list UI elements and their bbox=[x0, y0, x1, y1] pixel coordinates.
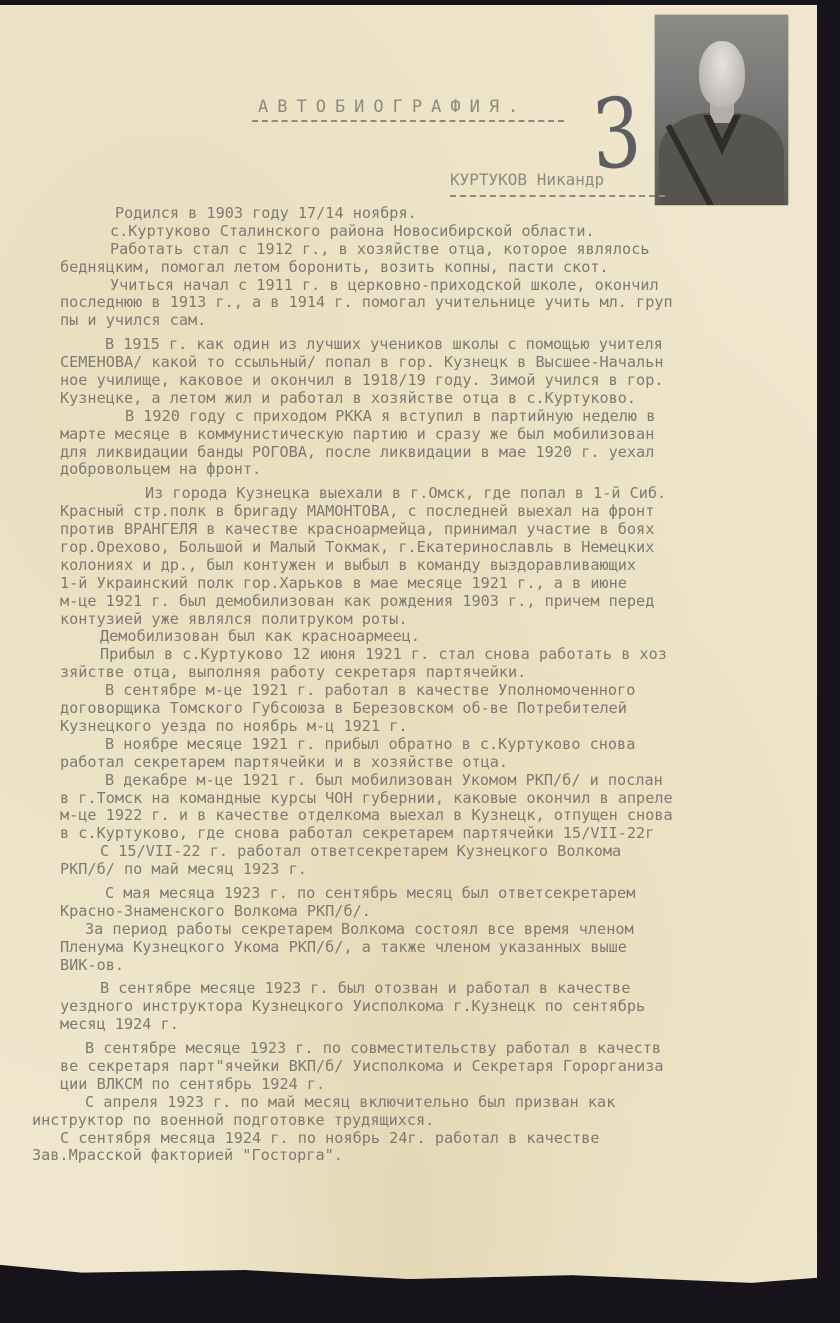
text-line: Кузнецкого уезда по ноябрь м-ц 1921 г. bbox=[60, 718, 840, 736]
text-line: В 1915 г. как один из лучших учеников шк… bbox=[105, 336, 840, 354]
text-line: Красно-Знаменского Волкома РКП/б/. bbox=[60, 903, 840, 921]
text-line: зяйстве отца, выполняя работу секретаря … bbox=[60, 664, 840, 682]
text-line: последнюю в 1913 г., а в 1914 г. помогал… bbox=[60, 294, 840, 312]
text-line: В ноябре месяце 1921 г. прибыл обратно в… bbox=[105, 736, 840, 754]
text-line: добровольцем на фронт. bbox=[60, 461, 840, 479]
autobiography-text: Родился в 1903 году 17/14 ноября.с.Курту… bbox=[0, 205, 817, 1165]
author-underline bbox=[450, 195, 665, 197]
text-line: ВИК-ов. bbox=[60, 957, 840, 975]
portrait-photo bbox=[655, 15, 788, 205]
text-line: колониях и др., был контужен и выбыл в к… bbox=[60, 557, 840, 575]
text-line: ное училище, каковое и окончил в 1918/19… bbox=[60, 372, 840, 390]
handwritten-page-number: 3 bbox=[589, 84, 643, 184]
text-line: гор.Орехово, Большой и Малый Токмак, г.Е… bbox=[60, 539, 840, 557]
text-line: Работать стал с 1912 г., в хозяйстве отц… bbox=[110, 241, 840, 259]
text-line: марте месяце в коммунистическую партию и… bbox=[60, 426, 840, 444]
text-line: ве секретаря парт"ячейки ВКП/б/ Уисполко… bbox=[60, 1058, 840, 1076]
text-line: месяц 1924 г. bbox=[60, 1016, 840, 1034]
text-line: м-це 1922 г. и в качестве отделкома выех… bbox=[60, 807, 840, 825]
text-line: для ликвидации банды РОГОВА, после ликви… bbox=[60, 444, 840, 462]
text-line: против ВРАНГЕЛЯ в качестве красноармейца… bbox=[60, 521, 840, 539]
text-line: В декабре м-це 1921 г. был мобилизован У… bbox=[105, 772, 840, 790]
text-line: бедняцким, помогал летом боронить, возит… bbox=[60, 259, 840, 277]
text-line: Зав.Мрасской факторией "Госторга". bbox=[32, 1147, 840, 1165]
text-line: С мая месяца 1923 г. по сентябрь месяц б… bbox=[105, 885, 840, 903]
document-title: АВТОБИОГРАФИЯ. bbox=[258, 97, 527, 117]
title-underline bbox=[252, 120, 564, 122]
text-line: С 15/VII-22 г. работал ответсекретарем К… bbox=[100, 843, 840, 861]
photo-uniform bbox=[659, 113, 784, 205]
text-line: В 1920 году с приходом РККА я вступил в … bbox=[125, 408, 840, 426]
text-line: В сентябре месяце 1923 г. был отозван и … bbox=[100, 980, 840, 998]
text-line: Родился в 1903 году 17/14 ноября. bbox=[115, 205, 840, 223]
text-line: договорщика Томского Губсоюза в Березовс… bbox=[60, 700, 840, 718]
text-line: с.Куртуково Сталинского района Новосибир… bbox=[110, 223, 840, 241]
text-line: ции ВЛКСМ по сентябрь 1924 г. bbox=[60, 1076, 840, 1094]
author-name: КУРТУКОВ Никандр bbox=[450, 170, 604, 189]
text-line: м-це 1921 г. был демобилизован как рожде… bbox=[60, 593, 840, 611]
text-line: работал секретарем партячейки и в хозяйс… bbox=[60, 754, 840, 772]
text-line: Пленума Кузнецкого Укома РКП/б/, а также… bbox=[60, 939, 840, 957]
text-line: Из города Кузнецка выехали в г.Омск, где… bbox=[145, 485, 840, 503]
text-line: С апреля 1923 г. по май месяц включитель… bbox=[85, 1094, 840, 1112]
text-line: контузией уже являлся политруком роты. bbox=[60, 611, 840, 629]
text-line: Прибыл в с.Куртуково 12 июня 1921 г. ста… bbox=[100, 646, 840, 664]
text-line: пы и учился сам. bbox=[60, 312, 840, 330]
text-line: 1-й Украинский полк гор.Харьков в мае ме… bbox=[60, 575, 840, 593]
text-line: в г.Томск на командные курсы ЧОН губерни… bbox=[60, 790, 840, 808]
text-line: Демобилизован был как красноармеец. bbox=[100, 628, 840, 646]
text-line: Кузнецке, а летом жил и работал в хозяйс… bbox=[60, 390, 840, 408]
text-line: СЕМЕНОВА/ какой то ссыльный/ попал в гор… bbox=[60, 354, 840, 372]
text-line: Учиться начал с 1911 г. в церковно-прихо… bbox=[110, 277, 840, 295]
text-line: В сентябре м-це 1921 г. работал в качест… bbox=[105, 682, 840, 700]
text-line: С сентября месяца 1924 г. по ноябрь 24г.… bbox=[60, 1130, 840, 1148]
text-line: уездного инструктора Кузнецкого Уисполко… bbox=[60, 998, 840, 1016]
text-line: инструктор по военной подготовке трудящи… bbox=[32, 1112, 840, 1130]
text-line: РКП/б/ по май месяц 1923 г. bbox=[60, 861, 840, 879]
text-line: в с.Куртуково, где снова работал секрета… bbox=[60, 825, 840, 843]
text-line: Красный стр.полк в бригаду МАМОНТОВА, с … bbox=[60, 503, 840, 521]
text-line: За период работы секретарем Волкома сост… bbox=[85, 921, 840, 939]
photo-head bbox=[699, 41, 745, 107]
text-line: В сентябре месяце 1923 г. по совместител… bbox=[85, 1040, 840, 1058]
